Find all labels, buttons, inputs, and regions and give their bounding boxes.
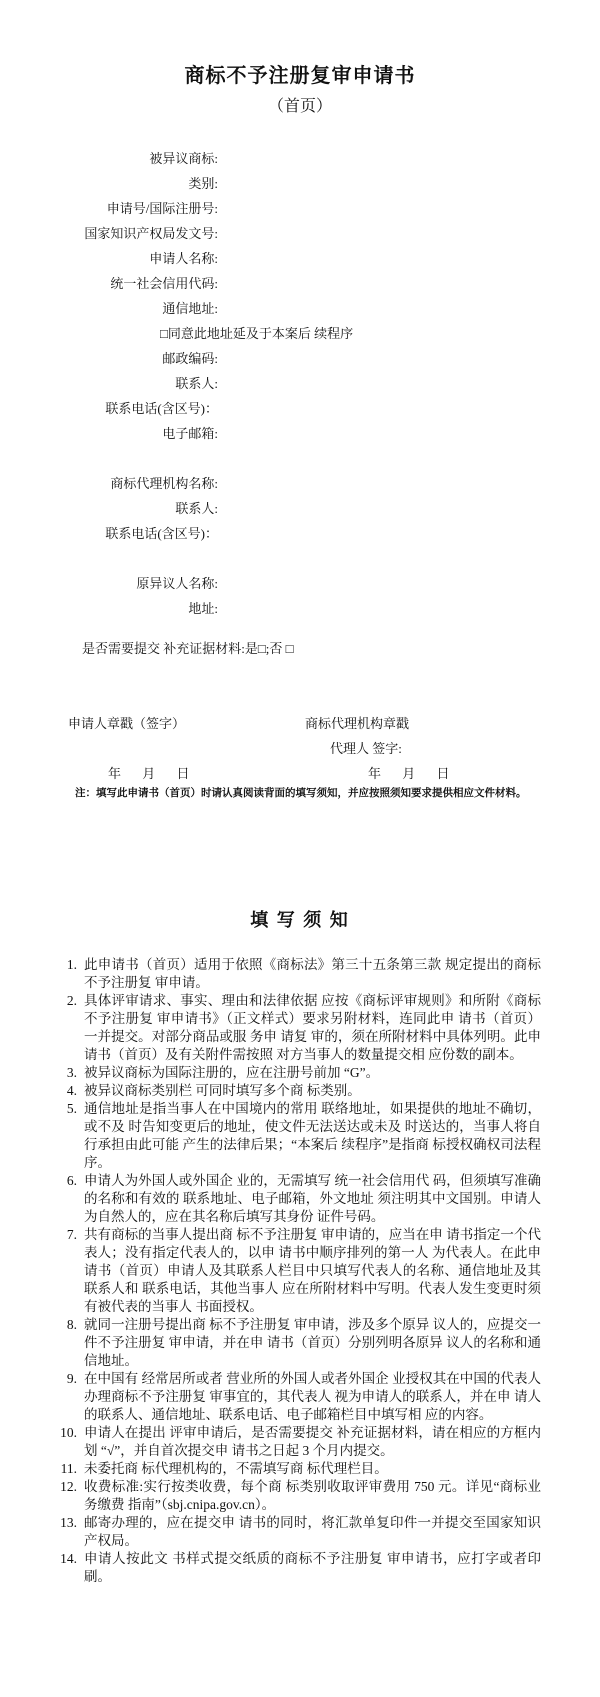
item-text: 未委托商 标代理机构的，不需填写商 标代理栏目。	[84, 1460, 541, 1478]
field-label-mail-address: 通信地址:	[0, 296, 218, 321]
field-label-phone: 联系电话(含区号)：	[0, 396, 218, 421]
item-text: 通信地址是指当事人在中国境内的常用 联络地址，如果提供的地址不确切，或不及 时告…	[84, 1100, 541, 1172]
address-extend-checkbox-line[interactable]: □同意此地址延及于本案后 续程序	[0, 321, 600, 346]
instruction-item: 6. 申请人为外国人或外国企 业的，无需填写 统一社会信用代 码，但须填写准确的…	[58, 1172, 541, 1226]
form-fields-main: 被异议商标: 类别: 申请号/国际注册号: 国家知识产权局发文号: 申请人名称:…	[0, 146, 600, 446]
agent-signature-label: 代理人 签字:	[330, 741, 402, 757]
instruction-item: 9. 在中国有 经常居所或者 营业所的外国人或者外国企 业授权其在中国的代表人 …	[58, 1370, 541, 1424]
instruction-item: 3. 被异议商标为国际注册的，应在注册号前加 “G”。	[58, 1064, 541, 1082]
agency-seal-label: 商标代理机构章戳	[305, 716, 409, 732]
item-number: 10.	[58, 1424, 84, 1460]
item-text: 具体评审请求、事实、理由和法律依据 应按《商标评审规则》和所附《商标不予注册复 …	[84, 992, 541, 1064]
field-label-credit-code: 统一社会信用代码:	[0, 271, 218, 296]
field-label-agency-phone: 联系电话(含区号)：	[0, 521, 218, 546]
field-label-agency-contact: 联系人:	[0, 496, 218, 521]
item-number: 14.	[58, 1550, 84, 1586]
field-label-applicant-name: 申请人名称:	[0, 246, 218, 271]
instruction-item: 10. 申请人在提出 评审申请后，是否需要提交 补充证据材料，请在相应的方框内划…	[58, 1424, 541, 1460]
instruction-item: 4. 被异议商标类别栏 可同时填写多个商 标类别。	[58, 1082, 541, 1100]
document-page: 商标不予注册复审申请书 （首页） 被异议商标: 类别: 申请号/国际注册号: 国…	[0, 0, 600, 1697]
instruction-item: 1. 此申请书（首页）适用于依照《商标法》第三十五条第三款 规定提出的商标不予注…	[58, 956, 541, 992]
item-number: 5.	[58, 1100, 84, 1172]
field-label-opponent-address: 地址:	[0, 596, 218, 621]
instruction-item: 5. 通信地址是指当事人在中国境内的常用 联络地址，如果提供的地址不确切，或不及…	[58, 1100, 541, 1172]
item-number: 9.	[58, 1370, 84, 1424]
item-text: 就同一注册号提出商 标不予注册复 审申请，涉及多个原异 议人的，应提交一件不予注…	[84, 1316, 541, 1370]
applicant-seal-label: 申请人章戳（签字）	[68, 716, 185, 732]
item-text: 申请人在提出 评审申请后，是否需要提交 补充证据材料，请在相应的方框内划 “√”…	[84, 1424, 541, 1460]
item-text: 申请人为外国人或外国企 业的，无需填写 统一社会信用代 码，但须填写准确的名称和…	[84, 1172, 541, 1226]
item-text: 共有商标的当事人提出商 标不予注册复 审申请的，应当在申 请书指定一个代表人；没…	[84, 1226, 541, 1316]
footer-note: 注：填写此申请书（首页）时请认真阅读背面的填写须知，并应按照须知要求提供相应文件…	[75, 787, 545, 801]
date-line-applicant: 年 月 日	[108, 766, 190, 782]
field-label-opponent-name: 原异议人名称:	[0, 571, 218, 596]
field-label-email: 电子邮箱:	[0, 421, 218, 446]
item-number: 11.	[58, 1460, 84, 1478]
instructions-list: 1. 此申请书（首页）适用于依照《商标法》第三十五条第三款 规定提出的商标不予注…	[58, 956, 541, 1586]
field-label-opposed-mark: 被异议商标:	[0, 146, 218, 171]
item-number: 4.	[58, 1082, 84, 1100]
item-number: 2.	[58, 992, 84, 1064]
item-text: 被异议商标为国际注册的，应在注册号前加 “G”。	[84, 1064, 541, 1082]
field-label-postcode: 邮政编码:	[0, 346, 218, 371]
field-label-cnipa-doc-no: 国家知识产权局发文号:	[0, 221, 218, 246]
instruction-item: 12. 收费标准:实行按类收费，每个商 标类别收取评审费用 750 元。详见“商…	[58, 1478, 541, 1514]
item-number: 12.	[58, 1478, 84, 1514]
field-label-application-no: 申请号/国际注册号:	[0, 196, 218, 221]
instructions-title: 填 写 须 知	[0, 906, 600, 932]
field-label-agency-name: 商标代理机构名称:	[0, 471, 218, 496]
item-number: 3.	[58, 1064, 84, 1082]
instruction-item: 13. 邮寄办理的，应在提交申 请书的同时，将汇款单复印件一并提交至国家知识产权…	[58, 1514, 541, 1550]
instruction-item: 7. 共有商标的当事人提出商 标不予注册复 审申请的，应当在申 请书指定一个代表…	[58, 1226, 541, 1316]
instruction-item: 14. 申请人按此文 书样式提交纸质的商标不予注册复 审申请书，应打字或者印刷。	[58, 1550, 541, 1586]
page-title: 商标不予注册复审申请书	[0, 59, 600, 88]
item-text: 申请人按此文 书样式提交纸质的商标不予注册复 审申请书，应打字或者印刷。	[84, 1550, 541, 1586]
item-text: 此申请书（首页）适用于依照《商标法》第三十五条第三款 规定提出的商标不予注册复 …	[84, 956, 541, 992]
item-text: 邮寄办理的，应在提交申 请书的同时，将汇款单复印件一并提交至国家知识产权局。	[84, 1514, 541, 1550]
item-text: 被异议商标类别栏 可同时填写多个商 标类别。	[84, 1082, 541, 1100]
page-subtitle: （首页）	[0, 93, 600, 116]
date-line-agency: 年 月 日	[368, 766, 450, 782]
item-number: 8.	[58, 1316, 84, 1370]
item-number: 6.	[58, 1172, 84, 1226]
supplement-evidence-checkbox-line[interactable]: 是否需要提交 补充证据材料:是□;否 □	[82, 636, 293, 661]
instruction-item: 11. 未委托商 标代理机构的，不需填写商 标代理栏目。	[58, 1460, 541, 1478]
field-label-class: 类别:	[0, 171, 218, 196]
form-fields-agency: 商标代理机构名称: 联系人: 联系电话(含区号)：	[0, 471, 600, 546]
item-number: 1.	[58, 956, 84, 992]
field-label-contact: 联系人:	[0, 371, 218, 396]
instruction-item: 2. 具体评审请求、事实、理由和法律依据 应按《商标评审规则》和所附《商标不予注…	[58, 992, 541, 1064]
item-number: 13.	[58, 1514, 84, 1550]
item-text: 在中国有 经常居所或者 营业所的外国人或者外国企 业授权其在中国的代表人 办理商…	[84, 1370, 541, 1424]
item-number: 7.	[58, 1226, 84, 1316]
form-fields-opponent: 原异议人名称: 地址:	[0, 571, 600, 621]
item-text: 收费标准:实行按类收费，每个商 标类别收取评审费用 750 元。详见“商标业务缴…	[84, 1478, 541, 1514]
instruction-item: 8. 就同一注册号提出商 标不予注册复 审申请，涉及多个原异 议人的，应提交一件…	[58, 1316, 541, 1370]
